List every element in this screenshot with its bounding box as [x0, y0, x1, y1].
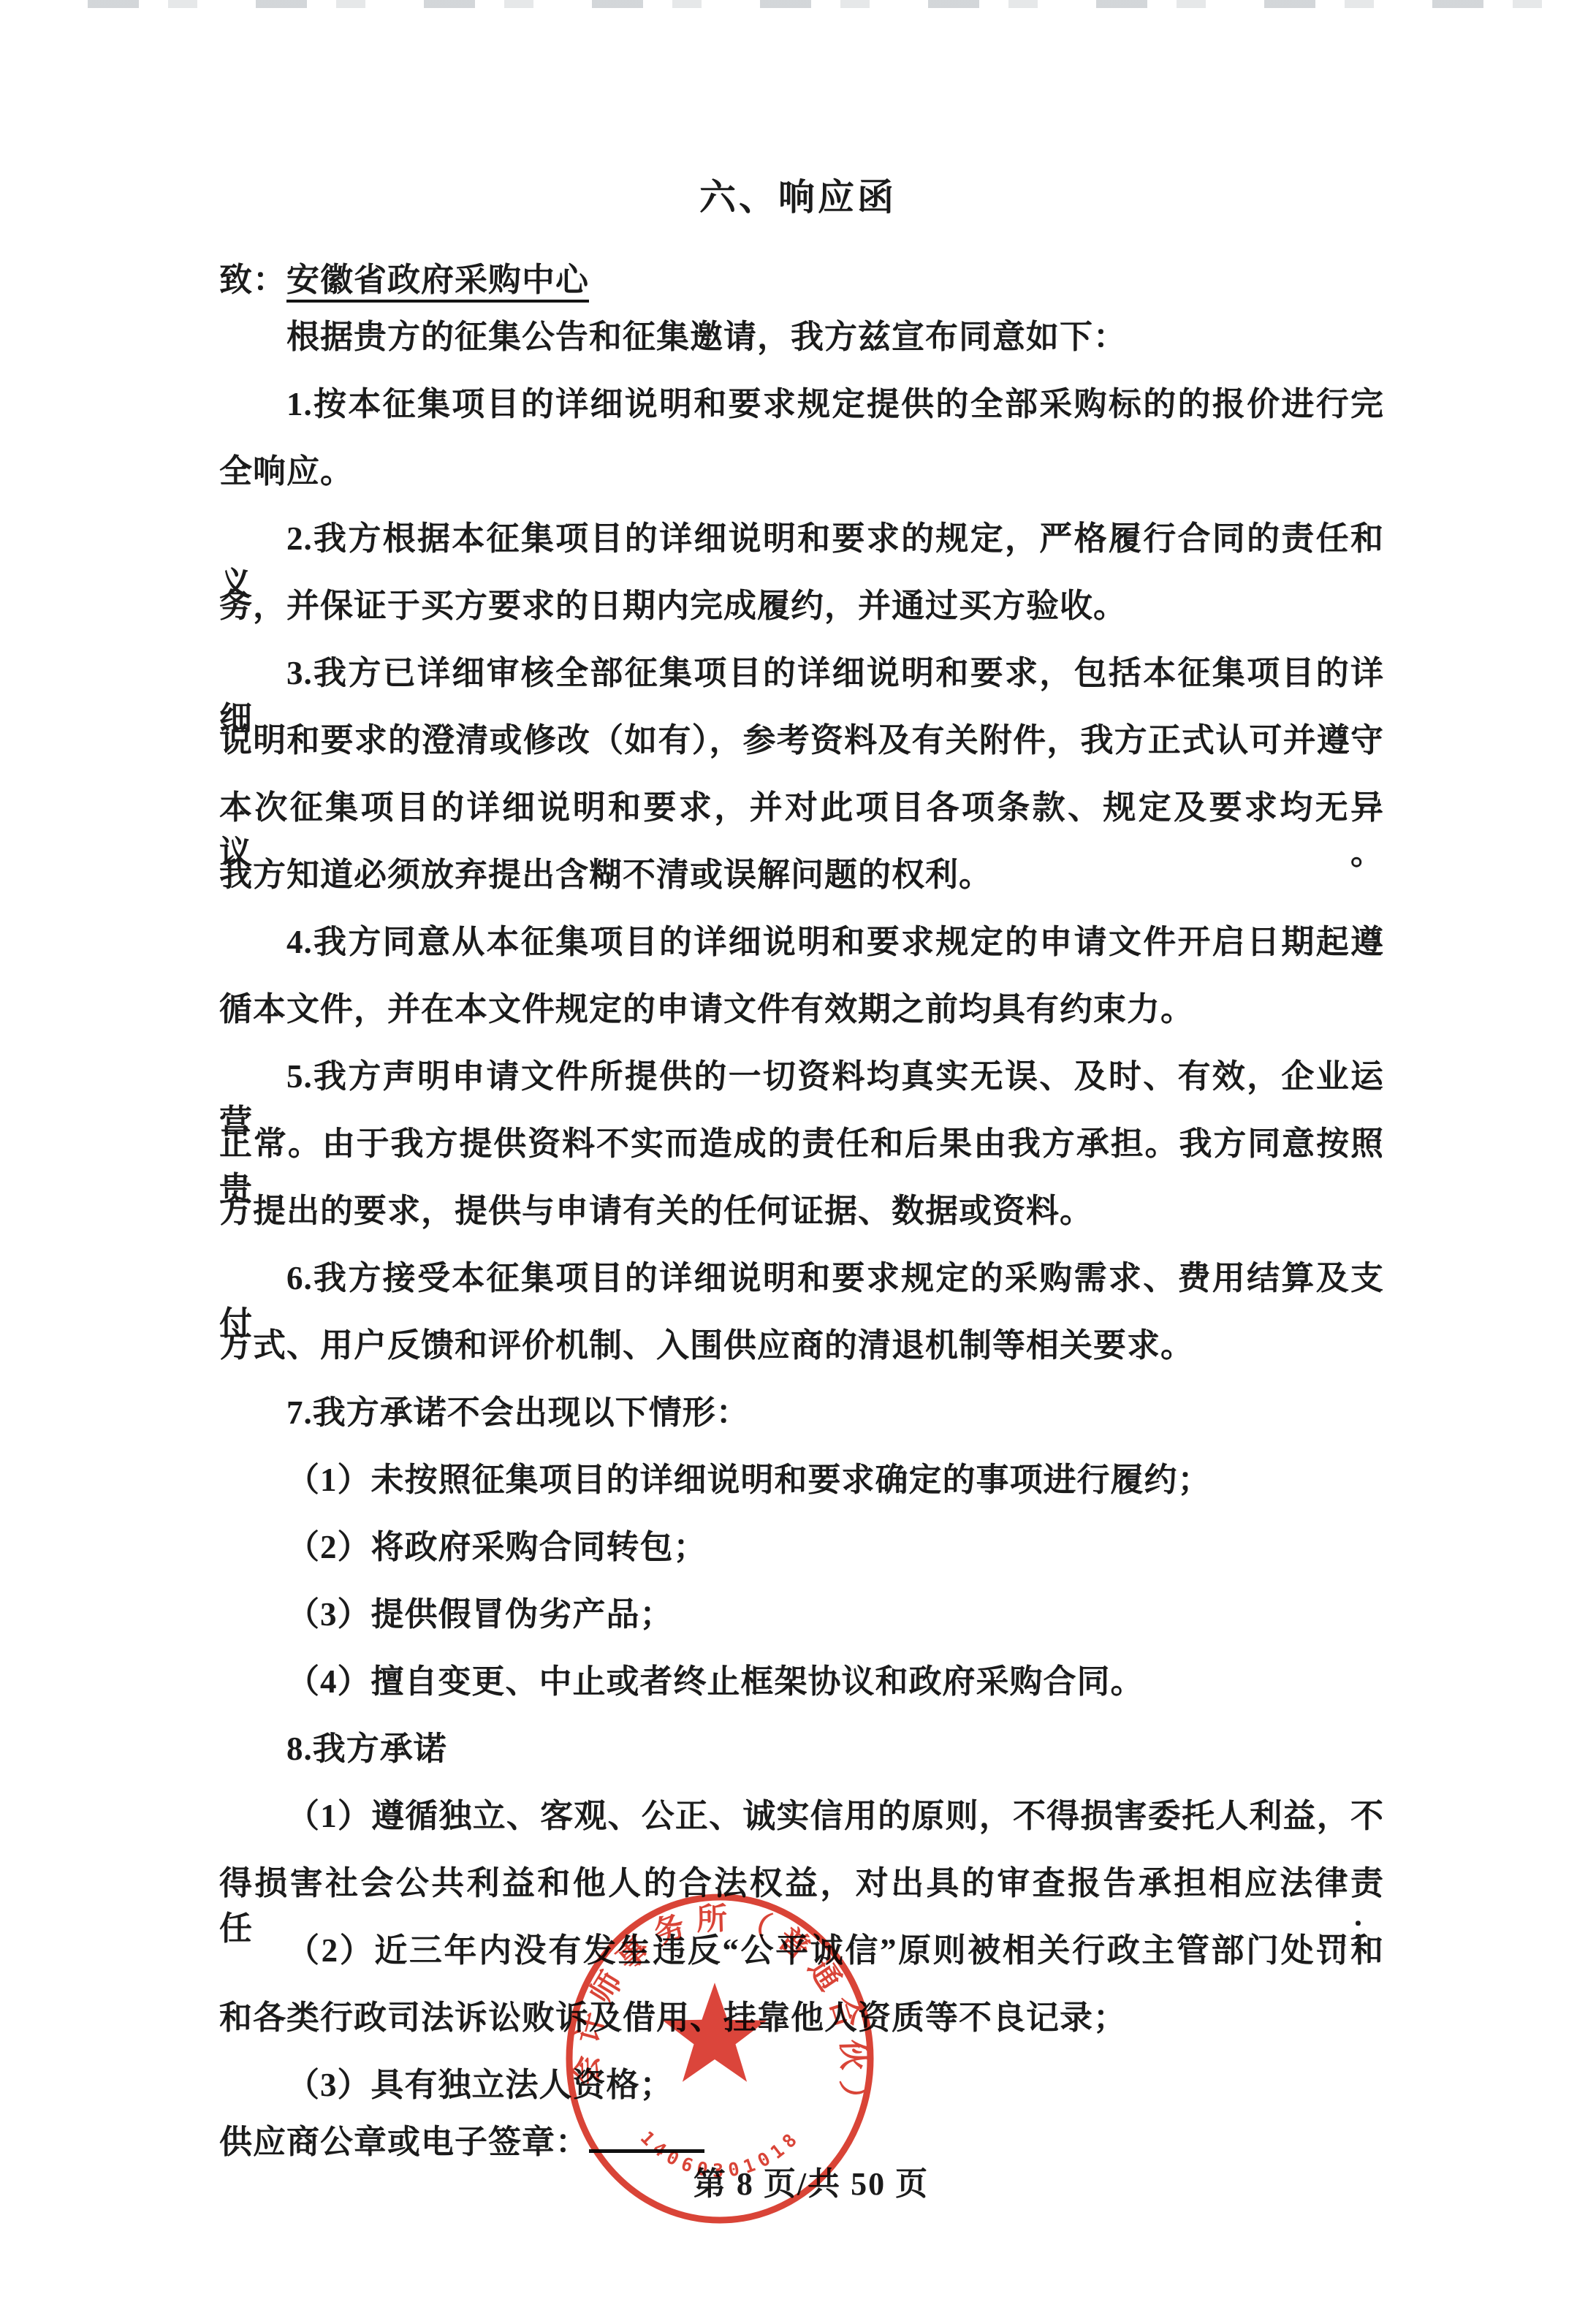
salutation-prefix: 致：: [219, 262, 286, 298]
body-line: （3）提供假冒伪劣产品；: [219, 1592, 1384, 1637]
document-page: 六、响应函 致：安徽省政府采购中心 根据贵方的征集公告和征集邀请，我方兹宣布同意…: [0, 0, 1596, 2321]
body-line: 根据贵方的征集公告和征集邀请，我方兹宣布同意如下：: [219, 314, 1384, 360]
body-line: （2）将政府采购合同转包；: [219, 1524, 1384, 1570]
body-line: 方式、用户反馈和评价机制、入围供应商的清退机制等相关要求。: [219, 1323, 1384, 1368]
body-line: 全响应。: [219, 449, 1384, 494]
signature-blank-underline: [589, 2120, 704, 2153]
scan-artifact-strip: [88, 0, 1596, 8]
page-title: 六、响应函: [0, 174, 1596, 221]
signature-label: 供应商公章或电子签章：: [219, 2124, 589, 2160]
body-line: 得损害社会公共利益和他人的合法权益，对出具的审查报告承担相应法律责任；: [219, 1861, 1384, 1906]
body-line: 说明和要求的澄清或修改（如有），参考资料及有关附件，我方正式认可并遵守: [219, 718, 1384, 763]
body-line: （2）近三年内没有发生违反“公平诚信”原则被相关行政主管部门处罚和: [219, 1928, 1384, 1973]
body-line: 8.我方承诺: [219, 1726, 1384, 1771]
body-line: 6.我方接受本征集项目的详细说明和要求规定的采购需求、费用结算及支付: [219, 1256, 1384, 1301]
body-line: 我方知道必须放弃提出含糊不清或误解问题的权利。: [219, 852, 1384, 897]
body-line: 5.我方声明申请文件所提供的一切资料均真实无误、及时、有效，企业运营: [219, 1054, 1384, 1099]
body-line: 务，并保证于买方要求的日期内完成履约，并通过买方验收。: [219, 583, 1384, 628]
body-line: （1）遵循独立、客观、公正、诚实信用的原则，不得损害委托人利益，不: [219, 1793, 1384, 1839]
recipient-name: 安徽省政府采购中心: [286, 262, 589, 303]
body-line: 3.我方已详细审核全部征集项目的详细说明和要求，包括本征集项目的详细: [219, 650, 1384, 696]
salutation-line: 致：安徽省政府采购中心: [219, 257, 1384, 303]
body-line: 2.我方根据本征集项目的详细说明和要求的规定，严格履行合同的责任和义: [219, 516, 1384, 561]
body-line: 方提出的要求，提供与申请有关的任何证据、数据或资料。: [219, 1188, 1384, 1234]
body-line: 1.按本征集项目的详细说明和要求规定提供的全部采购标的的报价进行完: [219, 381, 1384, 427]
body-line: （1）未按照征集项目的详细说明和要求确定的事项进行履约；: [219, 1457, 1384, 1503]
body-line: 正常。由于我方提供资料不实而造成的责任和后果由我方承担。我方同意按照贵: [219, 1121, 1384, 1166]
body-line: 循本文件，并在本文件规定的申请文件有效期之前均具有约束力。: [219, 987, 1384, 1032]
body-line: 4.我方同意从本征集项目的详细说明和要求规定的申请文件开启日期起遵: [219, 919, 1384, 965]
body-line: （4）擅自变更、中止或者终止框架协议和政府采购合同。: [219, 1659, 1384, 1704]
body-line: 和各类行政司法诉讼败诉及借用、挂靠他人资质等不良记录；: [219, 1995, 1384, 2040]
body-line: 7.我方承诺不会出现以下情形：: [219, 1390, 1384, 1435]
body-line: （3）具有独立法人资格；: [219, 2062, 1384, 2108]
page-number: 第 8 页/共 50 页: [693, 2157, 929, 2204]
body-line: 本次征集项目的详细说明和要求，并对此项目各项条款、规定及要求均无异议。: [219, 785, 1384, 830]
